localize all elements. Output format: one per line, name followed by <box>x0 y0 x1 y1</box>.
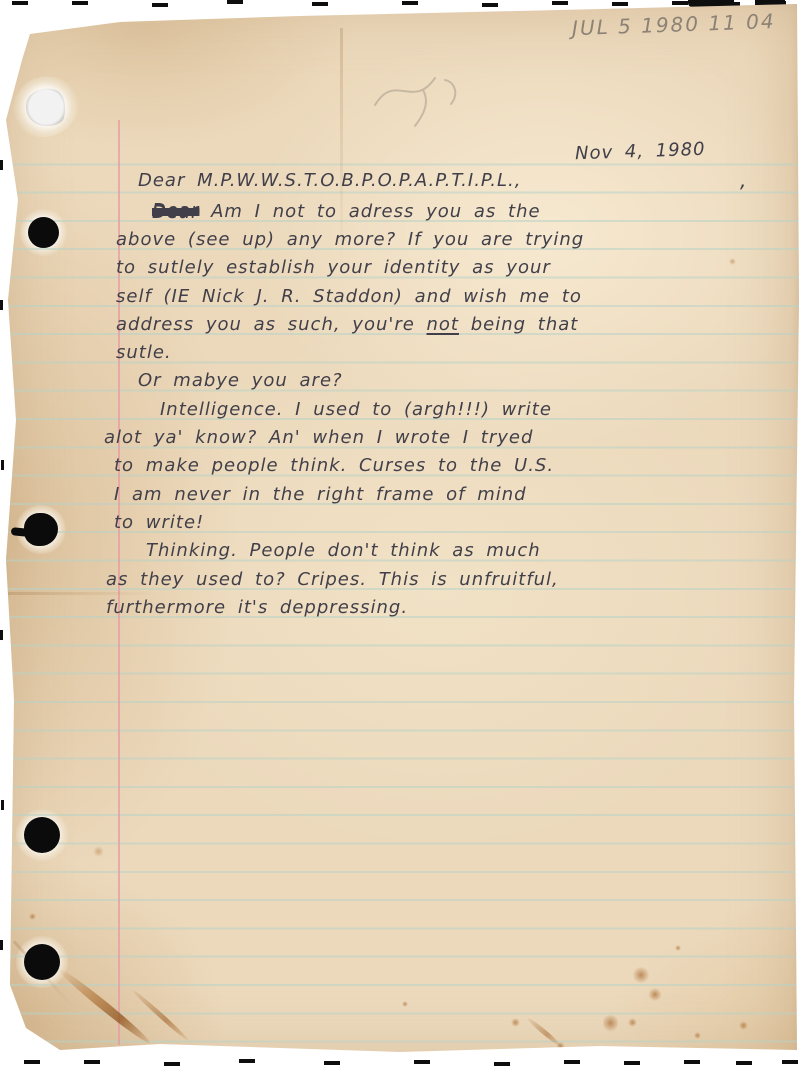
scan-edge-blob <box>755 0 785 5</box>
handwritten-line: Or mabye you are? <box>138 370 343 391</box>
scan-edge-speckles-bottom <box>24 1060 40 1064</box>
stain-spot <box>402 1001 408 1007</box>
text-segment: to make people think. Curses to the U.S. <box>114 455 554 476</box>
text-segment: Thinking. People don't think as much <box>146 540 541 561</box>
pencil-date-stamp: JUL 5 1980 11 04 <box>572 10 753 40</box>
text-segment: alot ya' know? An' when I wrote I tryed <box>104 427 533 448</box>
handwritten-line: Intelligence. I used to (argh!!!) write <box>160 399 552 420</box>
stain-spot <box>729 258 736 265</box>
stain-spot <box>628 1018 637 1027</box>
handwritten-line: sutle. <box>116 342 172 363</box>
text-segment: I am never in the right frame of mind <box>114 484 527 505</box>
text-segment: Am I not to adress you as the <box>199 201 540 222</box>
text-segment: as they used to? Cripes. This is unfruit… <box>106 569 559 590</box>
text-segment: Intelligence. I used to (argh!!!) write <box>160 399 552 420</box>
underlined-word: not <box>427 314 459 335</box>
text-segment: above (see up) any more? If you are tryi… <box>116 229 584 250</box>
text-segment: to write! <box>114 512 204 533</box>
handwritten-line: to sutlely establish your identity as yo… <box>116 257 551 278</box>
stain-spot <box>511 1018 520 1027</box>
scribbled-out-word: Dear <box>152 201 199 222</box>
stray-comma-mark: , <box>740 168 747 192</box>
punch-hole <box>24 944 60 980</box>
stain-spot <box>632 967 650 983</box>
handwritten-line: furthermore it's deppressing. <box>106 597 408 618</box>
handwritten-line: address you as such, you're not being th… <box>116 314 578 335</box>
handwritten-line: Dear Am I not to adress you as the <box>152 201 541 222</box>
erased-pencil-marks <box>365 60 495 130</box>
handwritten-line: to write! <box>114 512 204 533</box>
scan-edge-speckles-top <box>12 1 28 5</box>
letter-salutation: Dear M.P.W.W.S.T.O.B.P.O.P.A.P.T.I.P.L., <box>138 170 522 191</box>
text-segment: address you as such, you're <box>116 314 427 335</box>
handwritten-line: Thinking. People don't think as much <box>146 540 541 561</box>
punch-hole <box>28 217 59 248</box>
text-segment: being that <box>459 314 578 335</box>
text-segment: to sutlely establish your identity as yo… <box>116 257 551 278</box>
notebook-paper: JUL 5 1980 11 04 Nov 4, 1980 Dear M.P.W.… <box>0 0 800 1068</box>
stain-spot <box>556 1042 565 1050</box>
stain-spot <box>694 1032 701 1039</box>
stain-spot <box>29 913 36 920</box>
handwritten-line: to make people think. Curses to the U.S. <box>114 455 554 476</box>
scan-edge-speckles-left <box>0 160 3 170</box>
handwritten-line: alot ya' know? An' when I wrote I tryed <box>104 427 533 448</box>
handwritten-line: as they used to? Cripes. This is unfruit… <box>106 569 559 590</box>
scanned-letter-page: JUL 5 1980 11 04 Nov 4, 1980 Dear M.P.W.… <box>0 0 800 1068</box>
handwritten-line: above (see up) any more? If you are tryi… <box>116 229 584 250</box>
stain-spot <box>675 945 681 951</box>
text-segment: sutle. <box>116 342 172 363</box>
stain-spot <box>603 1013 618 1033</box>
stain-spot <box>93 846 104 857</box>
handwritten-line: self (IE Nick J. R. Staddon) and wish me… <box>116 286 582 307</box>
text-segment: furthermore it's deppressing. <box>106 597 408 618</box>
punch-hole <box>24 817 60 853</box>
stain-spot <box>739 1021 748 1030</box>
punch-hole-torn <box>22 84 70 131</box>
text-segment: self (IE Nick J. R. Staddon) and wish me… <box>116 286 582 307</box>
handwritten-line: I am never in the right frame of mind <box>114 484 527 505</box>
text-segment: Or mabye you are? <box>138 370 343 391</box>
stain-spot <box>648 988 662 1001</box>
